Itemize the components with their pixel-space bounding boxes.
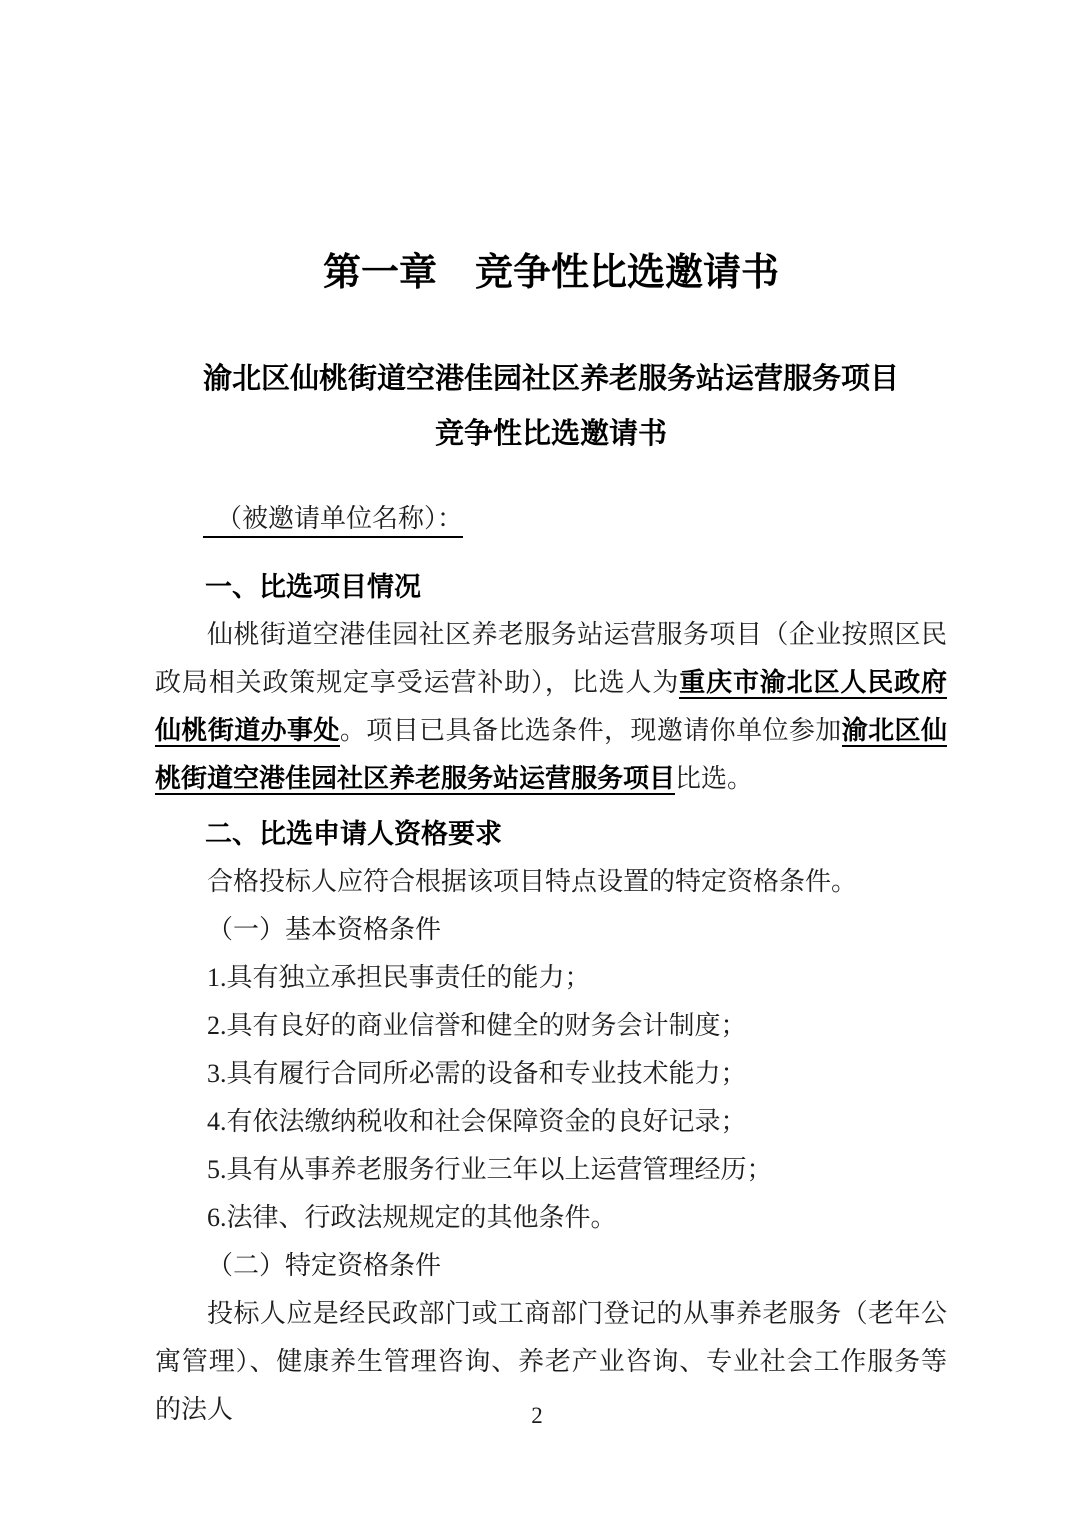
page-number: 2 xyxy=(0,1402,1074,1430)
list-item: 1.具有独立承担民事责任的能力； xyxy=(155,954,947,1002)
project-title: 渝北区仙桃街道空港佳园社区养老服务站运营服务项目 竞争性比选邀请书 xyxy=(155,352,947,462)
chapter-title: 第一章 竞争性比选邀请书 xyxy=(155,250,947,296)
page-content: 第一章 竞争性比选邀请书 渝北区仙桃街道空港佳园社区养老服务站运营服务项目 竞争… xyxy=(155,0,947,1434)
list-item: 4.有依法缴纳税收和社会保障资金的良好记录； xyxy=(155,1098,947,1146)
project-title-line2: 竞争性比选邀请书 xyxy=(155,407,947,462)
basic-qualification-list: 1.具有独立承担民事责任的能力； 2.具有良好的商业信誉和健全的财务会计制度； … xyxy=(155,954,947,1242)
list-item: 5.具有从事养老服务行业三年以上运营管理经历； xyxy=(155,1146,947,1194)
list-item: 6.法律、行政法规规定的其他条件。 xyxy=(155,1194,947,1242)
section-2-intro: 合格投标人应符合根据该项目特点设置的特定资格条件。 xyxy=(155,858,947,906)
special-qualification-heading: （二）特定资格条件 xyxy=(155,1242,947,1290)
paragraph-segment: 。项目已具备比选条件，现邀请你单位参加 xyxy=(340,716,842,745)
project-title-line1: 渝北区仙桃街道空港佳园社区养老服务站运营服务项目 xyxy=(155,352,947,407)
invited-unit-line: （被邀请单位名称）： xyxy=(155,495,947,543)
section-1-paragraph: 仙桃街道空港佳园社区养老服务站运营服务项目（企业按照区民政局相关政策规定享受运营… xyxy=(155,611,947,803)
list-item: 2.具有良好的商业信誉和健全的财务会计制度； xyxy=(155,1002,947,1050)
section-1-heading: 一、比选项目情况 xyxy=(155,563,947,611)
list-item: 3.具有履行合同所必需的设备和专业技术能力； xyxy=(155,1050,947,1098)
document-page: 第一章 竞争性比选邀请书 渝北区仙桃街道空港佳园社区养老服务站运营服务项目 竞争… xyxy=(0,0,1074,1520)
paragraph-segment: 比选。 xyxy=(675,764,753,793)
basic-qualification-heading: （一）基本资格条件 xyxy=(155,906,947,954)
section-2-heading: 二、比选申请人资格要求 xyxy=(155,810,947,858)
invited-unit-blank: （被邀请单位名称）： xyxy=(203,504,463,538)
